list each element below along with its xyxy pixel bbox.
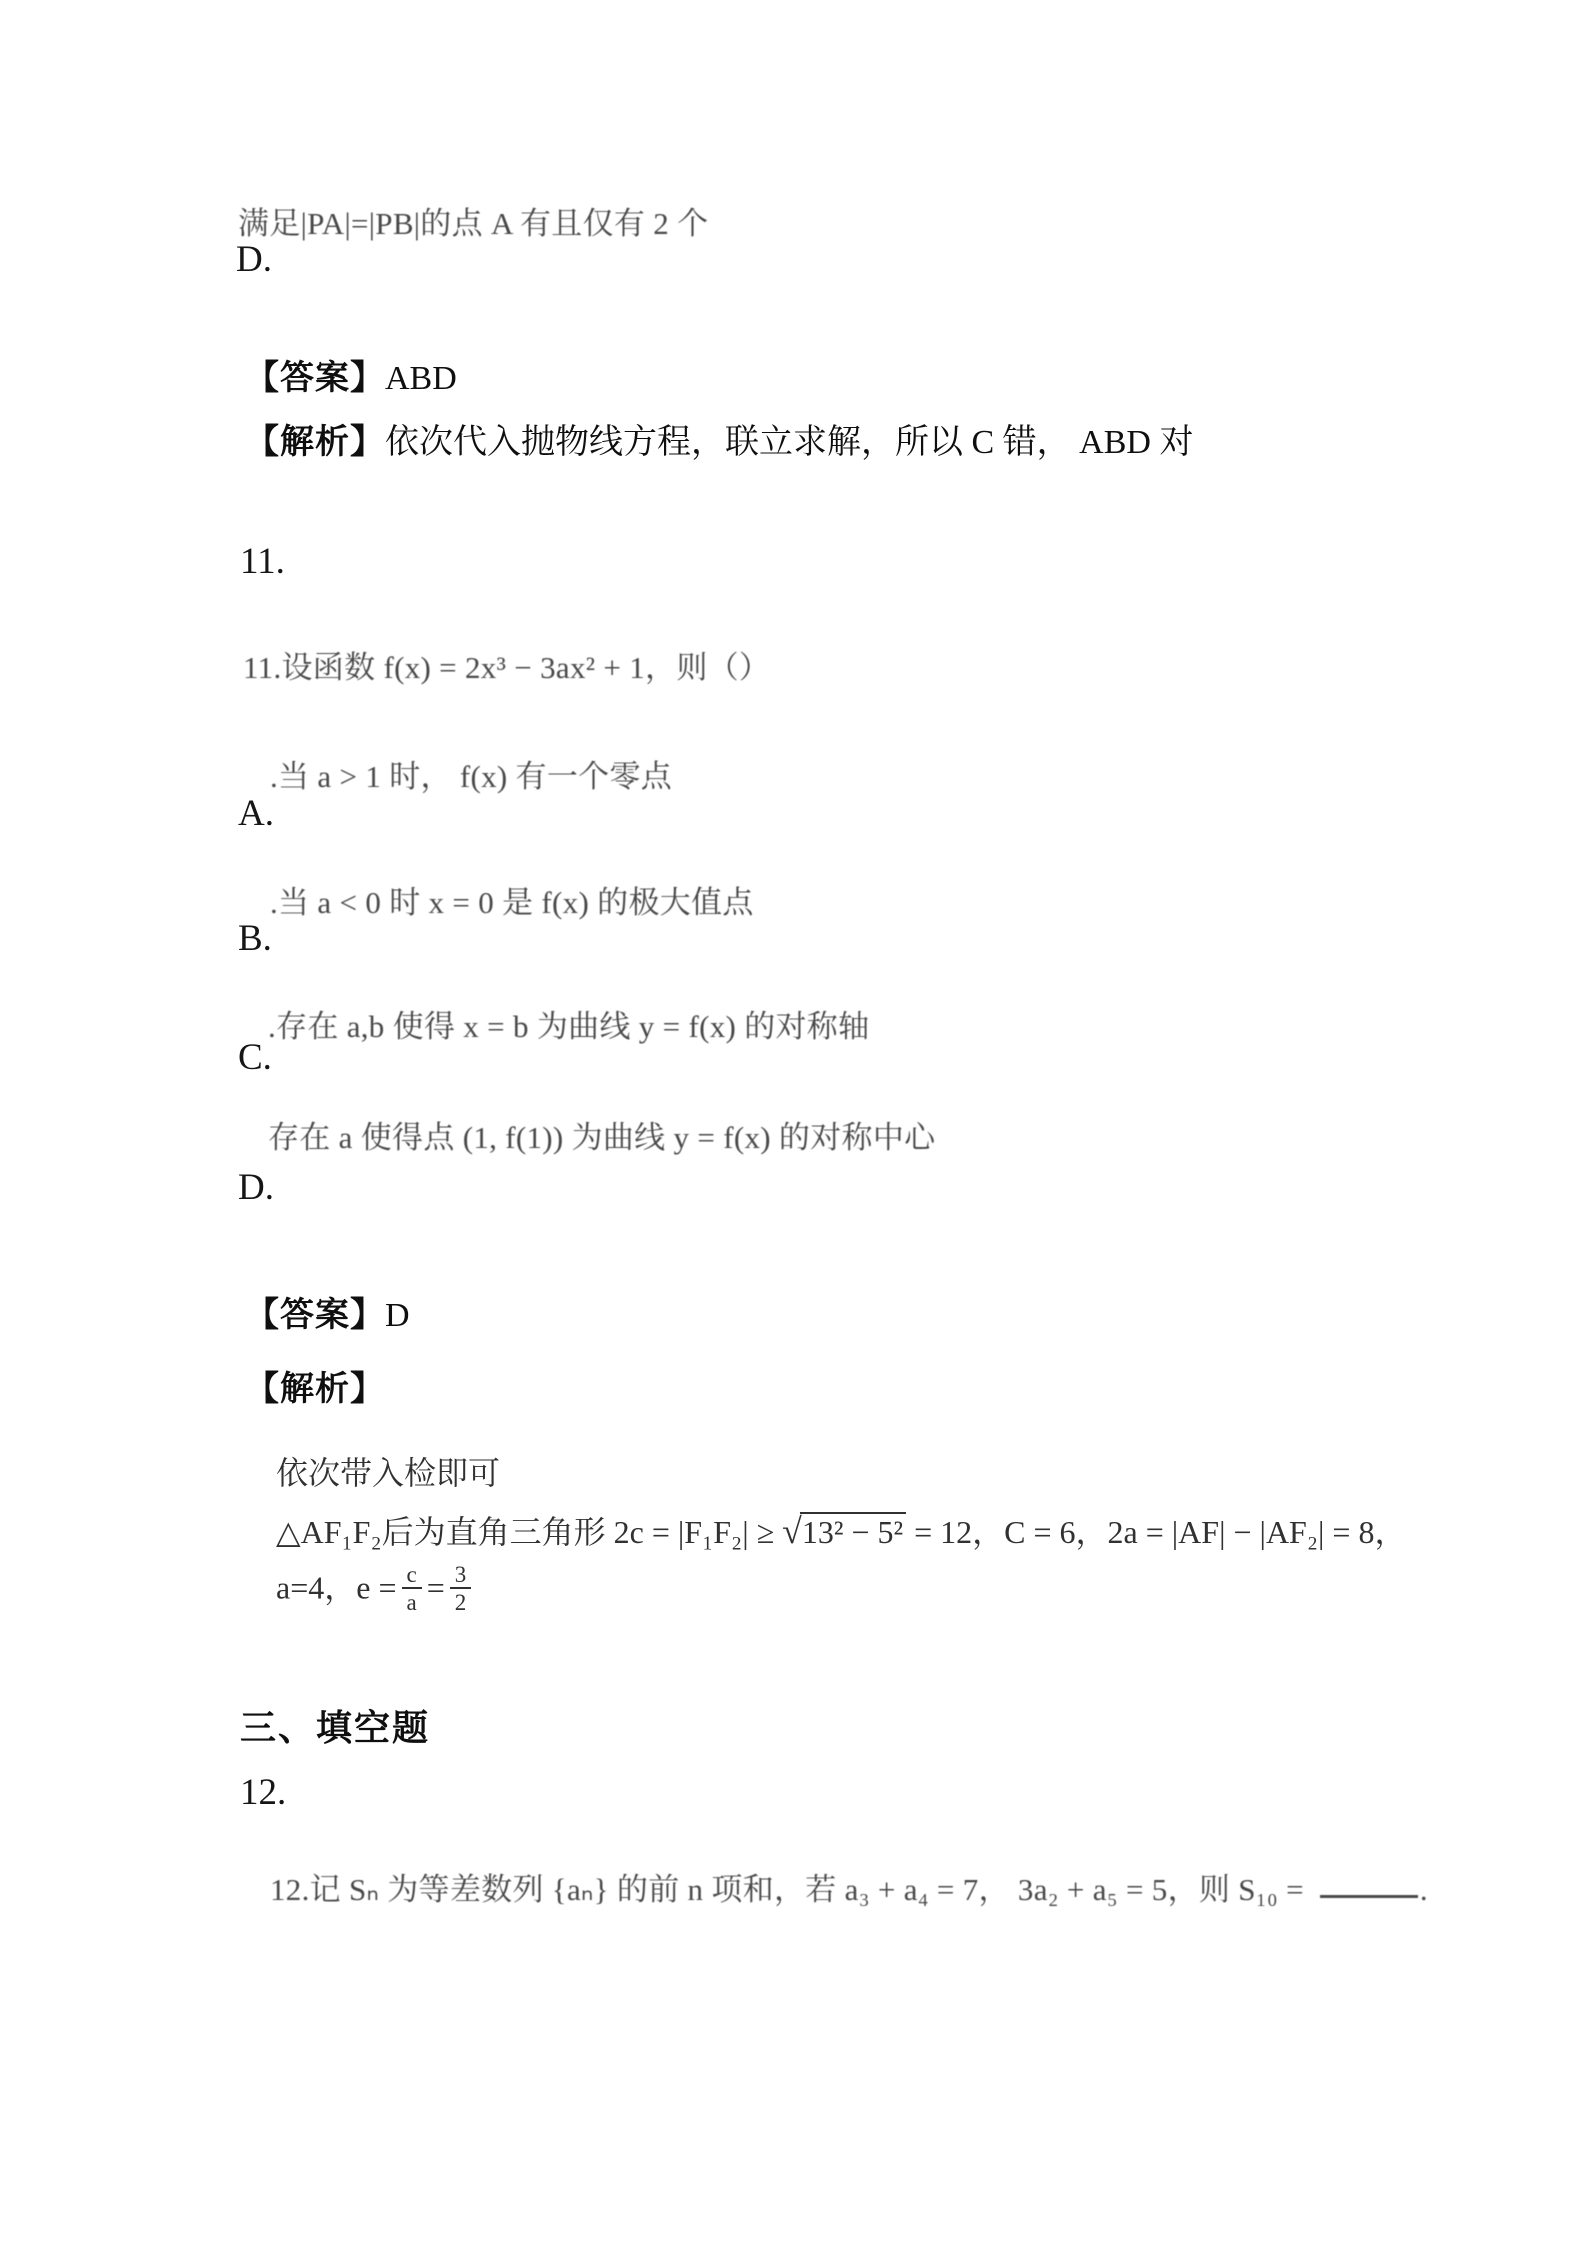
document-page: 满足|PA|=|PB|的点 A 有且仅有 2 个 D. 【答案】ABD 【解析】… <box>0 0 1586 2244</box>
q11-number: 11. <box>240 540 285 583</box>
q11-answer-line: 【答案】D <box>245 1287 410 1336</box>
fraction-c-over-a: ca <box>402 1562 422 1614</box>
q11-option-d-label: D. <box>238 1166 274 1209</box>
q10-option-d-formula: 满足|PA|=|PB|的点 A 有且仅有 2 个 <box>238 198 708 243</box>
q11-stem: 11.设函数 f(x) = 2x³ − 3ax² + 1，则（） <box>243 642 770 687</box>
q10-analysis-heading: 【解析】 <box>245 424 385 461</box>
q11-option-c-text: .存在 a,b 使得 x = b 为曲线 y = f(x) 的对称轴 <box>268 1001 869 1046</box>
q11-analysis-line1: 依次带入检即可 <box>276 1448 500 1494</box>
q11-answer-heading: 【答案】 <box>245 1297 385 1334</box>
fraction-numerator: 3 <box>450 1562 472 1589</box>
q11-analysis-line3: a=4，e =ca=32 <box>276 1562 476 1614</box>
q11-analysis-heading: 【解析】 <box>245 1371 385 1408</box>
q10-answer-line: 【答案】ABD <box>245 350 457 399</box>
q11-option-b-text: .当 a < 0 时 x = 0 是 f(x) 的极大值点 <box>270 877 754 922</box>
q12-period: . <box>1420 1872 1428 1907</box>
fraction-3-over-2: 32 <box>450 1562 472 1614</box>
analysis-line2-post: = 12，C = 6，2a = |AF| − |AF₂| = 8， <box>906 1514 1406 1550</box>
q11-option-b-label: B. <box>238 917 272 960</box>
analysis-line3-equals: = <box>427 1570 445 1606</box>
q10-answer-heading: 【答案】 <box>245 360 385 397</box>
q10-analysis-text: 依次代入抛物线方程，联立求解，所以 C 错， ABD 对 <box>385 424 1193 461</box>
q10-analysis-line: 【解析】依次代入抛物线方程，联立求解，所以 C 错， ABD 对 <box>245 414 1193 463</box>
q10-answer-value: ABD <box>385 360 457 397</box>
fraction-numerator: c <box>402 1562 422 1589</box>
q11-analysis-heading-line: 【解析】 <box>245 1361 385 1410</box>
section-heading-fill-in-blanks: 三、填空题 <box>240 1700 430 1751</box>
sqrt-radicand: 13² − 5² <box>800 1512 906 1550</box>
q11-answer-value: D <box>385 1297 410 1334</box>
q12-stem-line: 12.记 Sₙ 为等差数列 {aₙ} 的前 n 项和，若 a₃ + a₄ = 7… <box>270 1864 1428 1909</box>
q10-option-d-label: D. <box>236 238 272 281</box>
q11-analysis-line2: △AF₁F₂后为直角三角形 2c = |F₁F₂| ≥ √13² − 5² = … <box>276 1507 1406 1553</box>
analysis-line2-pre: △AF₁F₂后为直角三角形 2c = |F₁F₂| ≥ <box>276 1514 782 1550</box>
q11-option-c-label: C. <box>238 1036 272 1079</box>
q11-option-a-text: .当 a > 1 时， f(x) 有一个零点 <box>270 751 672 796</box>
q12-stem-text: 12.记 Sₙ 为等差数列 {aₙ} 的前 n 项和，若 a₃ + a₄ = 7… <box>270 1872 1312 1907</box>
analysis-line3-pre: a=4，e = <box>276 1570 397 1606</box>
fraction-denominator: a <box>402 1589 422 1614</box>
fraction-denominator: 2 <box>450 1589 472 1614</box>
q11-option-a-label: A. <box>238 792 274 835</box>
q12-number: 12. <box>240 1771 286 1814</box>
q12-answer-blank <box>1320 1895 1418 1898</box>
q11-option-d-text: 存在 a 使得点 (1, f(1)) 为曲线 y = f(x) 的对称中心 <box>268 1112 935 1157</box>
